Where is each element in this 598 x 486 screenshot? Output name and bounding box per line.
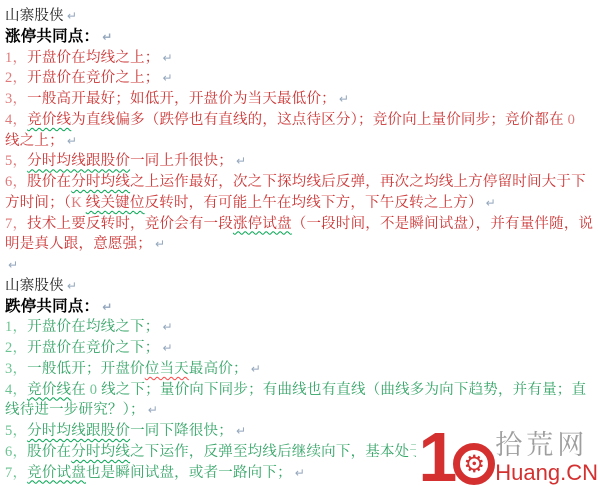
text-segment: 一同下降很快； [130, 423, 233, 439]
paragraph-mark-icon: ↵ [5, 258, 18, 272]
text-line: 2，开盘价在竞价之上；↵ [5, 68, 598, 89]
text-segment: 最高价； [189, 361, 248, 377]
text-segment: 5， [5, 153, 27, 169]
text-segment: 4， [5, 112, 27, 128]
text-segment: 跌停共同点： [5, 298, 99, 315]
text-segment: 之上运作最好，次之下探均线后反弹，再次之均线上方停留时间大于下 [130, 174, 586, 190]
text-line: 2，开盘价在竞价之下；↵ [5, 338, 598, 359]
text-segment: 开盘价在竞价之上； [27, 70, 159, 86]
paragraph-mark-icon: ↵ [64, 9, 77, 23]
text-segment: 0 [568, 112, 575, 128]
document-body: 山寨股侠↵涨停共同点：↵1，开盘价在均线之上；↵2，开盘价在竞价之上；↵3，一般… [0, 0, 598, 483]
text-segment: 4， [5, 382, 27, 398]
watermark-digit: 1 [418, 428, 454, 486]
text-line: ↵ [5, 255, 598, 276]
text-line: 1，开盘价在均线之下；↵ [5, 317, 598, 338]
paragraph-mark-icon: ↵ [159, 51, 172, 65]
paragraph-mark-icon: ↵ [292, 466, 305, 480]
paragraph-mark-icon: ↵ [64, 134, 77, 148]
text-segment: 山寨股侠 [5, 278, 64, 294]
text-segment: 方时间；（ [5, 195, 71, 211]
text-line: 涨停共同点：↵ [5, 27, 598, 48]
text-line: 3，一般高开最好；如低开，开盘价为当天最低价；↵ [5, 89, 598, 110]
text-segment: K [71, 195, 86, 211]
text-segment: 分时均线跟股价 [27, 423, 130, 439]
text-line: 方时间；（K 线关键位反转时，有可能上午在均线下方，下午反转之上方）↵ [5, 193, 598, 214]
paragraph-mark-icon: ↵ [99, 300, 112, 314]
watermark-text-block: 拾荒网 Huang.CN [495, 430, 598, 486]
paragraph-mark-icon: ↵ [159, 320, 172, 334]
text-line: 山寨股侠↵ [5, 6, 598, 27]
paragraph-mark-icon: ↵ [233, 424, 246, 438]
text-segment: 股价在 [27, 174, 71, 190]
text-segment: 分时均线 [71, 174, 130, 190]
text-segment: 3， [5, 91, 27, 107]
text-segment: 线之下；量价向下同步；有曲线也有直线（曲线多为向下趋势，并有量；直 [101, 382, 586, 398]
text-segment: 6， [5, 174, 27, 190]
text-segment: 2， [5, 70, 27, 86]
text-segment: 一般高开最好；如低开，开盘价为当天最低价； [27, 91, 336, 107]
text-segment: 竞价线 [27, 112, 71, 128]
text-segment: 7， [5, 465, 27, 481]
text-segment: 线待进一步研究？）； [5, 402, 145, 418]
document-page: 山寨股侠↵涨停共同点：↵1，开盘价在均线之上；↵2，开盘价在竞价之上；↵3，一般… [0, 0, 598, 486]
paragraph-mark-icon: ↵ [64, 279, 77, 293]
paragraph-mark-icon: ↵ [159, 71, 172, 85]
text-segment: 开盘价在竞价之下； [27, 340, 159, 356]
gear-icon: ⚙ [464, 452, 486, 476]
text-segment: 山寨股侠 [5, 8, 64, 24]
text-segment: 1， [5, 319, 27, 335]
paragraph-mark-icon: ↵ [483, 196, 496, 210]
text-line: 线之上；↵ [5, 131, 598, 152]
paragraph-mark-icon: ↵ [152, 237, 165, 251]
text-line: 1，开盘价在均线之上；↵ [5, 48, 598, 69]
text-segment: 5， [5, 423, 27, 439]
text-segment: 开盘价在均线之上； [27, 50, 159, 66]
text-line: 线待进一步研究？）；↵ [5, 400, 598, 421]
text-segment: 一般低开；开盘价 [27, 361, 145, 377]
text-segment: 竞价线 [27, 382, 71, 398]
text-segment: 反转时，有可能上午在均线下方，下午反转之上方） [145, 195, 483, 211]
text-line: 4，竞价线为直线偏多（跌停也有直线的，这点待区分）；竞价向上量价同步；竞价都在 … [5, 110, 598, 131]
paragraph-mark-icon: ↵ [145, 403, 158, 417]
text-segment: （一段时间，不是瞬间试盘），并有量伴随，说 [292, 216, 593, 232]
text-segment: 明是真人跟，意愿强； [5, 236, 152, 252]
text-line: 明是真人跟，意愿强；↵ [5, 234, 598, 255]
text-line: 5，分时均线跟股价一同上升很快；↵ [5, 151, 598, 172]
text-segment: 涨停共同点： [5, 28, 99, 45]
text-segment: 为直线偏多（跌停也有直线的，这点待区分）；竞价向上量价同步；竞价都在 [71, 112, 567, 128]
text-line: 4，竞价线在 0 线之下；量价向下同步；有曲线也有直线（曲线多为向下趋势，并有量… [5, 380, 598, 401]
text-segment: 竞价试盘 [27, 465, 86, 481]
text-segment: 1， [5, 50, 27, 66]
text-segment: 3， [5, 361, 27, 377]
text-segment: 技术上要反转时，竞价会有一段 [27, 216, 233, 232]
text-segment: 在 [71, 382, 90, 398]
text-segment: 7， [5, 216, 27, 232]
text-segment: 2， [5, 340, 27, 356]
watermark-site-url: Huang.CN [495, 460, 598, 486]
paragraph-mark-icon: ↵ [248, 362, 261, 376]
paragraph-mark-icon: ↵ [336, 92, 349, 106]
paragraph-mark-icon: ↵ [233, 154, 246, 168]
text-line: 山寨股侠↵ [5, 276, 598, 297]
text-segment: 6， [5, 444, 27, 460]
text-segment: 股价在 [27, 444, 71, 460]
text-segment: 位当天 [145, 361, 189, 377]
paragraph-mark-icon: ↵ [99, 30, 112, 44]
text-line: 7，技术上要反转时，竞价会有一段涨停试盘（一段时间，不是瞬间试盘），并有量伴随，… [5, 214, 598, 235]
text-segment: 开盘价在均线之下； [27, 319, 159, 335]
text-segment: 0 [90, 382, 101, 398]
gear-circle: ⚙ [453, 443, 495, 485]
text-segment: 线关键位 [86, 195, 145, 211]
text-segment: 涨停试盘 [233, 216, 292, 232]
text-segment: 线之上； [5, 133, 64, 149]
text-segment: 分时均线 [71, 444, 130, 460]
text-segment: 分时均线跟股价 [27, 153, 130, 169]
text-line: 3，一般低开；开盘价位当天最高价；↵ [5, 359, 598, 380]
text-line: 6，股价在分时均线之上运作最好，次之下探均线后反弹，再次之均线上方停留时间大于下 [5, 172, 598, 193]
text-segment: 一同上升很快； [130, 153, 233, 169]
text-segment: 也是瞬间试盘，或者一路向下； [86, 465, 292, 481]
text-line: 跌停共同点：↵ [5, 297, 598, 318]
site-watermark: 1 ⚙ 拾荒网 Huang.CN [416, 422, 598, 486]
paragraph-mark-icon: ↵ [159, 341, 172, 355]
watermark-site-name: 拾荒网 [495, 430, 598, 460]
